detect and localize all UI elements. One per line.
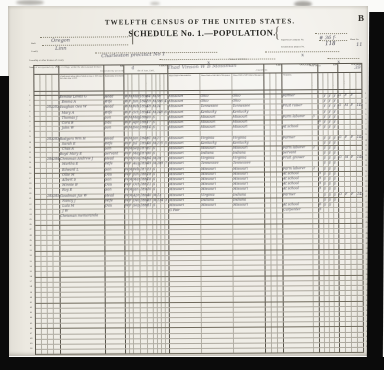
table-cell bbox=[106, 272, 126, 276]
handwritten-entry: S bbox=[153, 189, 155, 192]
handwritten-entry: F bbox=[130, 204, 132, 207]
table-cell bbox=[61, 324, 106, 328]
table-cell bbox=[140, 132, 147, 136]
table-cell: Fruit raiser bbox=[283, 105, 313, 109]
table-cell bbox=[141, 318, 148, 322]
table-cell bbox=[134, 298, 141, 302]
table-cell bbox=[141, 303, 148, 307]
table-cell: Sep bbox=[133, 204, 140, 208]
table-cell bbox=[140, 235, 147, 239]
handwritten-entry: F bbox=[129, 173, 131, 176]
table-cell bbox=[284, 265, 314, 269]
table-cell bbox=[233, 235, 265, 239]
handwritten-entry: y bbox=[324, 172, 326, 175]
table-cell bbox=[105, 241, 125, 245]
table-cell: Son bbox=[105, 189, 125, 193]
table-cell bbox=[170, 266, 202, 270]
handwritten-entry: Wife bbox=[105, 142, 113, 146]
table-cell bbox=[106, 282, 126, 286]
table-cell bbox=[53, 163, 60, 167]
handwritten-entry: y bbox=[334, 177, 336, 180]
handwritten-entry: Son bbox=[105, 178, 112, 181]
table-cell bbox=[283, 219, 313, 223]
handwritten-entry: Edward L bbox=[60, 168, 79, 172]
table-cell: Missouri bbox=[169, 162, 201, 166]
table-cell bbox=[234, 307, 266, 311]
table-cell bbox=[202, 328, 234, 332]
column-header: Number of farm schedule. bbox=[356, 73, 362, 89]
handwritten-entry: Missouri bbox=[169, 136, 184, 140]
table-cell bbox=[169, 230, 201, 234]
column-header-label: Attended school (in months). bbox=[318, 73, 319, 88]
table-cell bbox=[106, 313, 126, 317]
handwritten-entry: 4 bbox=[165, 100, 167, 103]
handwritten-entry: Tennessee bbox=[233, 162, 251, 166]
handwritten-entry: Jan bbox=[133, 189, 139, 192]
handwritten-entry: y bbox=[329, 136, 331, 139]
handwritten-entry: y bbox=[324, 105, 326, 108]
scanned-census-page: = = TWELFTH CENSUS OF THE UNITED STATES.… bbox=[0, 0, 384, 370]
table-cell bbox=[201, 245, 233, 249]
handwritten-entry: Dau bbox=[106, 204, 113, 207]
handwritten-entry: y bbox=[334, 151, 336, 154]
table-cell bbox=[234, 271, 266, 275]
handwritten-entry: y bbox=[334, 94, 336, 97]
table-cell bbox=[284, 276, 314, 280]
column-group-header: LOCATION. bbox=[34, 66, 59, 74]
handwritten-entry: F bbox=[351, 135, 353, 138]
table-cell bbox=[201, 131, 233, 135]
handwritten-entry: Oct bbox=[133, 111, 139, 114]
handwritten-entry: S bbox=[153, 152, 155, 155]
table-cell: 1888 bbox=[140, 204, 147, 208]
handwritten-entry: Feb bbox=[133, 168, 139, 171]
table-cell bbox=[234, 338, 266, 342]
table-cell: Missouri bbox=[169, 126, 201, 130]
handwritten-entry: Ollie M bbox=[60, 173, 75, 177]
table-cell bbox=[61, 298, 106, 302]
handwritten-entry: Missouri bbox=[169, 162, 184, 166]
table-cell bbox=[201, 250, 233, 254]
handwritten-entry: y bbox=[329, 162, 331, 165]
handwritten-entry: Son bbox=[105, 147, 112, 150]
field-bracket bbox=[132, 29, 133, 44]
handwritten-entry: y bbox=[330, 203, 332, 206]
census-form: = = TWELFTH CENSUS OF THE UNITED STATES.… bbox=[8, 6, 368, 356]
handwritten-entry: Ohio bbox=[233, 95, 241, 99]
column-group-header: NATIVITY.Place of birth of each person a… bbox=[168, 65, 264, 74]
table-cell bbox=[233, 209, 265, 213]
handwritten-entry: y bbox=[334, 141, 336, 144]
table-cell bbox=[54, 350, 61, 354]
table-cell bbox=[141, 349, 148, 353]
handwritten-entry: 3 bbox=[165, 199, 167, 202]
table-cell bbox=[202, 323, 234, 327]
handwritten-entry: Tennessee bbox=[201, 105, 219, 109]
handwritten-entry: J W bbox=[61, 210, 69, 214]
table-cell bbox=[61, 329, 106, 333]
table-cell bbox=[202, 271, 234, 275]
handwritten-entry: 7 bbox=[165, 163, 167, 166]
handwritten-entry: Missouri bbox=[233, 115, 248, 119]
table-cell bbox=[134, 313, 141, 317]
column-header-label: Number of farm schedule. bbox=[356, 73, 357, 88]
handwritten-entry: Carpenter bbox=[284, 208, 302, 212]
scan-smudge bbox=[16, 0, 44, 5]
table-cell bbox=[234, 281, 266, 285]
column-header: Place of birth of this PERSON. bbox=[168, 74, 200, 90]
handwritten-entry: F bbox=[351, 156, 353, 159]
handwritten-entry: y bbox=[334, 172, 336, 175]
column-header-label: Months not employed. bbox=[312, 73, 313, 88]
handwritten-entry: S bbox=[153, 147, 155, 150]
handwritten-entry: y bbox=[329, 104, 331, 107]
table-cell bbox=[284, 302, 314, 306]
handwritten-entry: F bbox=[129, 163, 131, 166]
column-header-label: Street. bbox=[34, 75, 35, 90]
table-cell bbox=[140, 261, 147, 265]
handwritten-entry: Missouri bbox=[169, 193, 184, 197]
handwritten-entry: 5 bbox=[161, 142, 163, 145]
handwritten-entry: F bbox=[129, 111, 131, 114]
handwritten-entry: y bbox=[324, 177, 326, 180]
table-cell bbox=[201, 261, 233, 265]
table-cell bbox=[283, 214, 313, 218]
column-header-label: Place of birth of MOTHER of this person. bbox=[233, 74, 264, 77]
table-cell bbox=[284, 312, 314, 316]
handwritten-entry: Missouri bbox=[201, 147, 216, 151]
table-cell bbox=[134, 266, 141, 270]
handwritten-entry: F bbox=[345, 94, 347, 97]
handwritten-entry: 17 bbox=[147, 121, 151, 124]
handwritten-entry: Missouri bbox=[169, 105, 184, 109]
column-header-label: Place of birth of this PERSON. bbox=[169, 74, 200, 77]
table-cell bbox=[53, 225, 60, 229]
handwritten-entry: F bbox=[129, 199, 131, 202]
table-cell bbox=[106, 298, 126, 302]
handwritten-entry: Missouri bbox=[201, 188, 216, 192]
handwritten-entry: S bbox=[153, 116, 155, 119]
handwritten-entry: y bbox=[329, 198, 331, 201]
handwritten-entry: Dau bbox=[105, 121, 112, 124]
handwritten-entry: 285 bbox=[53, 194, 59, 197]
handwritten-entry: y bbox=[329, 177, 331, 180]
handwritten-entry: Wife bbox=[105, 199, 113, 203]
handwritten-entry: 7 bbox=[319, 125, 321, 128]
table-cell bbox=[284, 297, 314, 301]
table-cell bbox=[234, 344, 266, 348]
table-cell bbox=[53, 200, 60, 204]
handwritten-entry: 18 bbox=[147, 173, 151, 176]
handwritten-entry: S bbox=[154, 204, 156, 207]
handwritten-entry: Chas A bbox=[60, 147, 74, 151]
column-header-label: Number of years in the United States. bbox=[270, 73, 271, 88]
handwritten-entry: 282 bbox=[53, 106, 59, 109]
table-cell bbox=[201, 240, 233, 244]
table-cell bbox=[134, 287, 141, 291]
handwritten-entry: 6 bbox=[319, 120, 321, 123]
handwritten-entry: Nancy J bbox=[60, 199, 76, 203]
handwritten-entry: y bbox=[324, 125, 326, 128]
table-cell bbox=[61, 313, 106, 317]
table-cell bbox=[170, 302, 202, 306]
table-cell bbox=[234, 297, 266, 301]
table-cell bbox=[169, 245, 201, 249]
table-cell bbox=[134, 308, 141, 312]
table-cell bbox=[53, 220, 60, 224]
handwritten-entry: 14 bbox=[147, 126, 151, 129]
table-cell bbox=[106, 293, 126, 297]
table-cell bbox=[202, 349, 234, 353]
handwritten-entry: Jun bbox=[133, 173, 139, 176]
handwritten-entry: Missouri bbox=[169, 142, 184, 146]
table-cell: Missouri bbox=[201, 188, 233, 192]
handwritten-entry: 2 bbox=[313, 146, 315, 149]
handwritten-entry: 284 bbox=[53, 158, 59, 161]
handwritten-entry: Missouri bbox=[169, 168, 184, 172]
table-cell bbox=[133, 256, 140, 260]
table-cell bbox=[105, 220, 125, 224]
handwritten-entry: Missouri bbox=[170, 204, 185, 208]
table-cell bbox=[170, 292, 202, 296]
handwritten-entry: Head bbox=[105, 194, 114, 198]
handwritten-entry: 9 bbox=[319, 177, 321, 180]
handwritten-entry: Indiana bbox=[233, 198, 246, 202]
table-cell bbox=[233, 255, 265, 259]
table-cell bbox=[233, 229, 265, 233]
handwritten-entry: y bbox=[329, 167, 331, 170]
table-cell bbox=[133, 261, 140, 265]
table-cell bbox=[54, 308, 61, 312]
column-header-label: Number of dwelling house, in the order o… bbox=[46, 75, 47, 90]
handwritten-entry: y bbox=[334, 136, 336, 139]
table-cell bbox=[141, 298, 148, 302]
handwritten-entry: y bbox=[334, 193, 336, 196]
handwritten-entry: 16 bbox=[147, 178, 151, 181]
table-cell bbox=[54, 293, 61, 297]
table-cell bbox=[284, 343, 314, 347]
table-cell bbox=[53, 168, 60, 172]
table-cell bbox=[134, 282, 141, 286]
table-cell bbox=[283, 255, 313, 259]
table-subheader-row: Street.House number.Number of dwelling h… bbox=[34, 73, 362, 92]
table-cell: Dau bbox=[105, 204, 125, 208]
table-cell bbox=[53, 184, 60, 188]
table-cell: Chrisman memoranda bbox=[60, 215, 105, 219]
handwritten-entry: Wife bbox=[105, 111, 113, 115]
table-cell bbox=[106, 308, 126, 312]
table-cell bbox=[53, 127, 60, 131]
sheet-value: 11 bbox=[356, 43, 363, 48]
table-cell bbox=[54, 334, 61, 338]
handwritten-entry: y bbox=[324, 198, 326, 201]
handwritten-entry: Fruit grower bbox=[283, 156, 305, 160]
table-cell bbox=[61, 277, 106, 281]
table-cell bbox=[53, 236, 60, 240]
handwritten-entry: Kentucky bbox=[201, 141, 217, 145]
handwritten-entry: Mary A bbox=[60, 111, 75, 115]
handwritten-entry: Rodgers Wm H bbox=[60, 137, 86, 141]
district-brace: { bbox=[274, 23, 280, 43]
table-cell bbox=[53, 262, 60, 266]
table-cell bbox=[141, 313, 148, 317]
table-cell: Tennessee bbox=[201, 105, 233, 109]
table-cell bbox=[60, 230, 105, 234]
table-cell bbox=[54, 288, 61, 292]
handwritten-entry: y bbox=[324, 146, 326, 149]
column-header: Occupation. bbox=[282, 73, 312, 89]
page-letter: B bbox=[358, 13, 364, 23]
table-row bbox=[36, 348, 364, 355]
table-cell bbox=[133, 132, 140, 136]
handwritten-entry: y bbox=[325, 203, 327, 206]
table-cell bbox=[53, 142, 60, 146]
table-cell bbox=[106, 287, 126, 291]
handwritten-entry: F bbox=[351, 104, 353, 107]
handwritten-entry: F bbox=[129, 142, 131, 145]
table-cell bbox=[54, 272, 61, 276]
column-group-header: CITIZENSHIP. bbox=[264, 64, 282, 72]
table-cell bbox=[134, 303, 141, 307]
table-cell bbox=[202, 292, 234, 296]
table-cell bbox=[54, 267, 61, 271]
handwritten-entry: Missouri bbox=[233, 146, 248, 150]
table-cell bbox=[233, 224, 265, 228]
table-cell bbox=[134, 334, 141, 338]
handwritten-entry: S bbox=[153, 178, 155, 181]
handwritten-entry: 44 bbox=[147, 111, 151, 114]
table-cell bbox=[141, 277, 148, 281]
census-title: TWELFTH CENSUS OF THE UNITED STATES. bbox=[7, 17, 367, 27]
table-cell bbox=[134, 318, 141, 322]
table-cell bbox=[105, 230, 125, 234]
column-group-header: PERSONAL DESCRIPTION. bbox=[124, 65, 168, 73]
table-cell: Farmer bbox=[283, 193, 313, 197]
column-header-label: Age at last birthday. bbox=[146, 74, 147, 89]
table-cell bbox=[61, 339, 106, 343]
handwritten-entry: Missouri bbox=[169, 199, 184, 203]
column-header-label: Date of birth — Year. bbox=[139, 74, 140, 89]
handwritten-entry: y bbox=[324, 167, 326, 170]
handwritten-entry: y bbox=[324, 115, 326, 118]
table-cell bbox=[140, 220, 147, 224]
column-header-label: Naturalization. bbox=[276, 73, 277, 88]
group-label: RELATION. bbox=[104, 66, 124, 69]
column-group-header: NAME bbox=[59, 66, 104, 74]
handwritten-entry: Sarah E bbox=[60, 142, 76, 146]
table-cell: Vaughan Geo W bbox=[60, 106, 105, 110]
handwritten-entry: Head bbox=[105, 95, 114, 99]
table-cell bbox=[106, 334, 126, 338]
handwritten-entry: Missouri bbox=[233, 188, 248, 192]
handwritten-entry: Son bbox=[105, 116, 112, 119]
handwritten-entry: 2 bbox=[313, 167, 315, 170]
table-cell bbox=[169, 261, 201, 265]
table-cell bbox=[201, 219, 233, 223]
handwritten-entry: y bbox=[329, 172, 331, 175]
table-cell bbox=[134, 277, 141, 281]
table-cell bbox=[54, 277, 61, 281]
handwritten-entry: Son bbox=[105, 168, 112, 171]
handwritten-entry: 51 bbox=[147, 137, 151, 140]
table-cell bbox=[283, 229, 313, 233]
handwritten-entry: Missouri bbox=[201, 167, 216, 171]
table-cell bbox=[283, 239, 313, 243]
table-cell bbox=[170, 339, 202, 343]
handwritten-entry: Apr bbox=[133, 194, 139, 197]
handwritten-entry: 9 bbox=[319, 188, 321, 191]
handwritten-entry: Missouri bbox=[169, 116, 184, 120]
handwritten-entry: Farm laborer bbox=[283, 115, 305, 119]
table-cell bbox=[170, 271, 202, 275]
table-cell bbox=[53, 215, 60, 219]
handwritten-entry: y bbox=[329, 94, 331, 97]
handwritten-entry: Head bbox=[105, 137, 114, 141]
handwritten-entry: M bbox=[345, 104, 349, 107]
table-cell bbox=[283, 234, 313, 238]
handwritten-entry: y bbox=[334, 187, 336, 190]
handwritten-entry: Missouri bbox=[169, 110, 184, 114]
group-label: PERSONAL DESCRIPTION. bbox=[124, 65, 168, 68]
handwritten-entry: G Fair bbox=[170, 209, 181, 213]
table-cell bbox=[105, 246, 125, 250]
handwritten-entry: 23 bbox=[147, 168, 151, 171]
table-cell bbox=[284, 317, 314, 321]
table-cell bbox=[105, 132, 125, 136]
handwritten-entry: 30 bbox=[147, 152, 151, 155]
handwritten-entry: 6 bbox=[161, 100, 163, 103]
column-header-label: Color or race. bbox=[124, 74, 125, 89]
table-cell bbox=[284, 291, 314, 295]
table-cell bbox=[134, 292, 141, 296]
table-cell bbox=[234, 333, 266, 337]
table-cell bbox=[106, 339, 126, 343]
table-cell: Missouri bbox=[201, 204, 233, 208]
table-cell bbox=[284, 271, 314, 275]
table-cell bbox=[169, 240, 201, 244]
table-cell bbox=[53, 117, 60, 121]
table-cell bbox=[105, 261, 125, 265]
table-cell: Farmer bbox=[283, 136, 313, 140]
table-cell bbox=[133, 215, 140, 219]
handwritten-entry: y bbox=[329, 110, 331, 113]
handwritten-entry: 9 bbox=[161, 163, 163, 166]
handwritten-entry: Farmer bbox=[283, 94, 296, 98]
handwritten-entry: Tennessee bbox=[201, 162, 219, 166]
handwritten-entry: 21 bbox=[147, 147, 151, 150]
handwritten-entry: y bbox=[324, 193, 326, 196]
handwritten-entry: Virginia bbox=[201, 193, 215, 197]
table-cell bbox=[105, 225, 125, 229]
table-cell: Farm laborer bbox=[283, 115, 313, 119]
handwritten-entry: O bbox=[339, 156, 342, 159]
table-cell bbox=[140, 256, 147, 260]
handwritten-entry: Sep bbox=[134, 204, 141, 207]
handwritten-entry: 40 bbox=[147, 194, 151, 197]
table-cell: Missouri bbox=[233, 126, 265, 130]
handwritten-entry: y bbox=[329, 120, 331, 123]
handwritten-entry: O bbox=[339, 104, 342, 107]
group-note: of each person TEN years of age and over… bbox=[282, 67, 318, 70]
handwritten-entry: Farmer bbox=[283, 193, 296, 197]
handwritten-entry: At school bbox=[283, 125, 299, 129]
table-cell bbox=[170, 308, 202, 312]
handwritten-entry: F bbox=[345, 193, 347, 196]
table-cell bbox=[53, 231, 60, 235]
table-cell: Head bbox=[105, 106, 125, 110]
table-cell bbox=[61, 293, 106, 297]
table-cell bbox=[141, 329, 148, 333]
